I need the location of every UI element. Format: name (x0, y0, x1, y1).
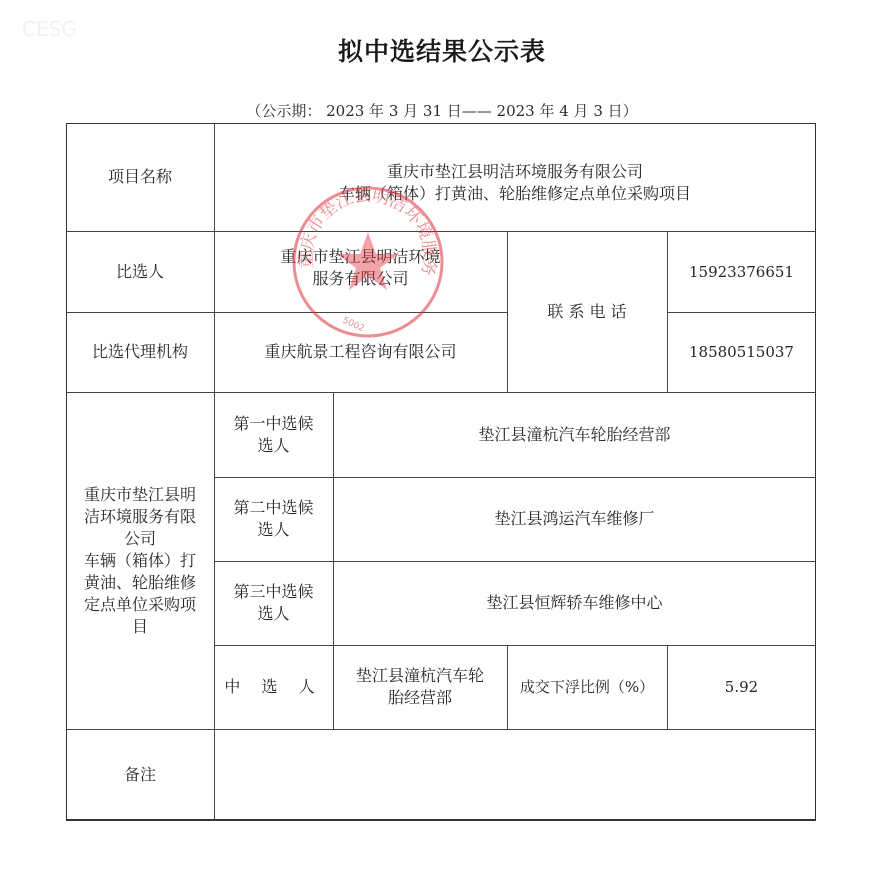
winner-name-line2: 胎经营部 (388, 687, 452, 709)
purchaser-phone: 15923376651 (667, 231, 816, 312)
project-name-label: 项目名称 (66, 123, 214, 231)
purchaser-line2: 服务有限公司 (312, 268, 408, 290)
label-line: 重庆市垫江县明 (84, 484, 196, 506)
remarks-label: 备注 (66, 729, 214, 821)
winner-name: 垫江县潼杭汽车轮 胎经营部 (333, 645, 507, 729)
agency-label: 比选代理机构 (66, 312, 214, 392)
candidate-2-rank: 第二中选候 选人 (214, 477, 333, 561)
rank-line: 选人 (257, 603, 289, 625)
discount-label: 成交下浮比例（%） (507, 645, 667, 729)
candidate-3-name: 垫江县恒辉轿车维修中心 (333, 561, 816, 645)
label-line: 黄油、轮胎维修 (84, 572, 196, 594)
label-line: 洁环境服务有限 (84, 506, 196, 528)
contact-phone-label: 联 系 电 话 (507, 231, 667, 392)
purchaser-label: 比选人 (66, 231, 214, 312)
rank-line: 第三中选候 (233, 581, 313, 603)
candidate-3-rank: 第三中选候 选人 (214, 561, 333, 645)
rank-line: 第一中选候 (233, 413, 313, 435)
candidate-1-name: 垫江县潼杭汽车轮胎经营部 (333, 392, 816, 477)
purchaser-value: 重庆市垫江县明洁环境 服务有限公司 (214, 231, 507, 312)
project-block-label: 重庆市垫江县明 洁环境服务有限 公司 车辆（箱体）打 黄油、轮胎维修 定点单位采… (66, 392, 214, 729)
rank-line: 选人 (257, 435, 289, 457)
winner-name-line1: 垫江县潼杭汽车轮 (356, 665, 484, 687)
publicity-period: （公示期： 2023 年 3 月 31 日—— 2023 年 4 月 3 日） (0, 100, 884, 121)
rank-line: 选人 (257, 519, 289, 541)
label-line: 公司 (124, 528, 156, 550)
agency-phone: 18580515037 (667, 312, 816, 392)
page-title: 拟中选结果公示表 (0, 32, 884, 68)
candidate-1-rank: 第一中选候 选人 (214, 392, 333, 477)
purchaser-line1: 重庆市垫江县明洁环境 (280, 246, 440, 268)
result-table: 项目名称 重庆市垫江县明洁环境服务有限公司 车辆（箱体）打黄油、轮胎维修定点单位… (66, 123, 816, 821)
project-name-line2: 车辆（箱体）打黄油、轮胎维修定点单位采购项目 (339, 183, 691, 205)
agency-value: 重庆航景工程咨询有限公司 (214, 312, 507, 392)
remarks-value (214, 729, 816, 821)
discount-value: 5.92 (667, 645, 816, 729)
rank-line: 第二中选候 (233, 497, 313, 519)
winner-label: 中 选 人 (214, 645, 333, 729)
label-line: 车辆（箱体）打 (84, 550, 196, 572)
project-name-value: 重庆市垫江县明洁环境服务有限公司 车辆（箱体）打黄油、轮胎维修定点单位采购项目 (214, 123, 816, 231)
candidate-2-name: 垫江县鸿运汽车维修厂 (333, 477, 816, 561)
label-line: 目 (132, 616, 148, 638)
label-line: 定点单位采购项 (84, 594, 196, 616)
project-name-line1: 重庆市垫江县明洁环境服务有限公司 (387, 161, 643, 183)
